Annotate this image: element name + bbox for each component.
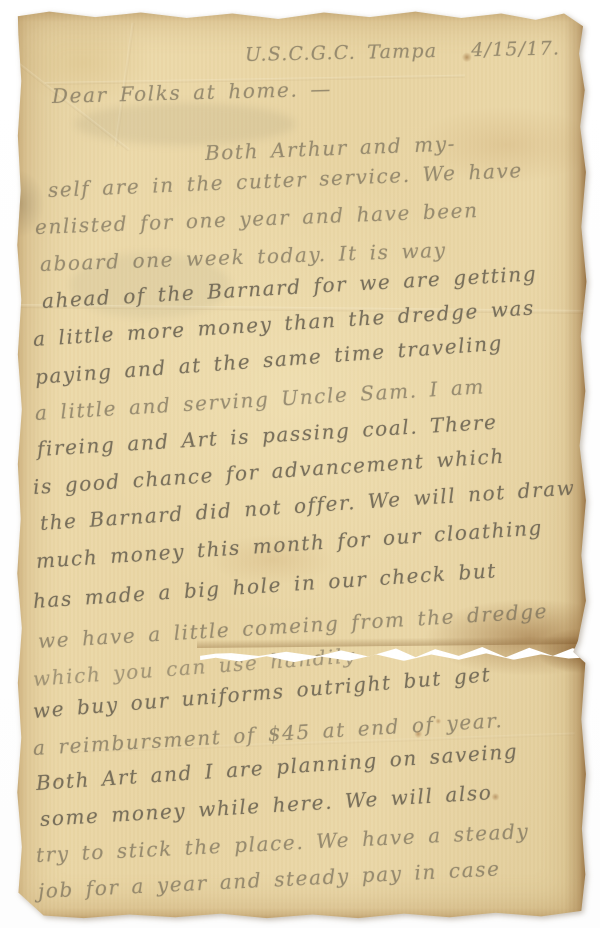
salutation-line: Dear Folks at home. — bbox=[52, 77, 333, 108]
handwritten-line: self are in the cutter service. We have bbox=[47, 158, 523, 202]
letter-header: U.S.C.G.C. Tampa4/15/17. bbox=[245, 37, 561, 66]
letter-paper-wrap: U.S.C.G.C. Tampa4/15/17. Dear Folks at h… bbox=[0, 0, 600, 928]
handwritten-line: enlisted for one year and have been bbox=[35, 198, 479, 239]
letter-date: 4/15/17. bbox=[471, 37, 560, 61]
letter-paper: U.S.C.G.C. Tampa4/15/17. Dear Folks at h… bbox=[15, 8, 587, 920]
vessel-name: U.S.C.G.C. Tampa bbox=[245, 40, 438, 66]
handwritten-line: Both Arthur and my- bbox=[205, 131, 457, 165]
scanned-letter-page: U.S.C.G.C. Tampa4/15/17. Dear Folks at h… bbox=[0, 0, 600, 928]
